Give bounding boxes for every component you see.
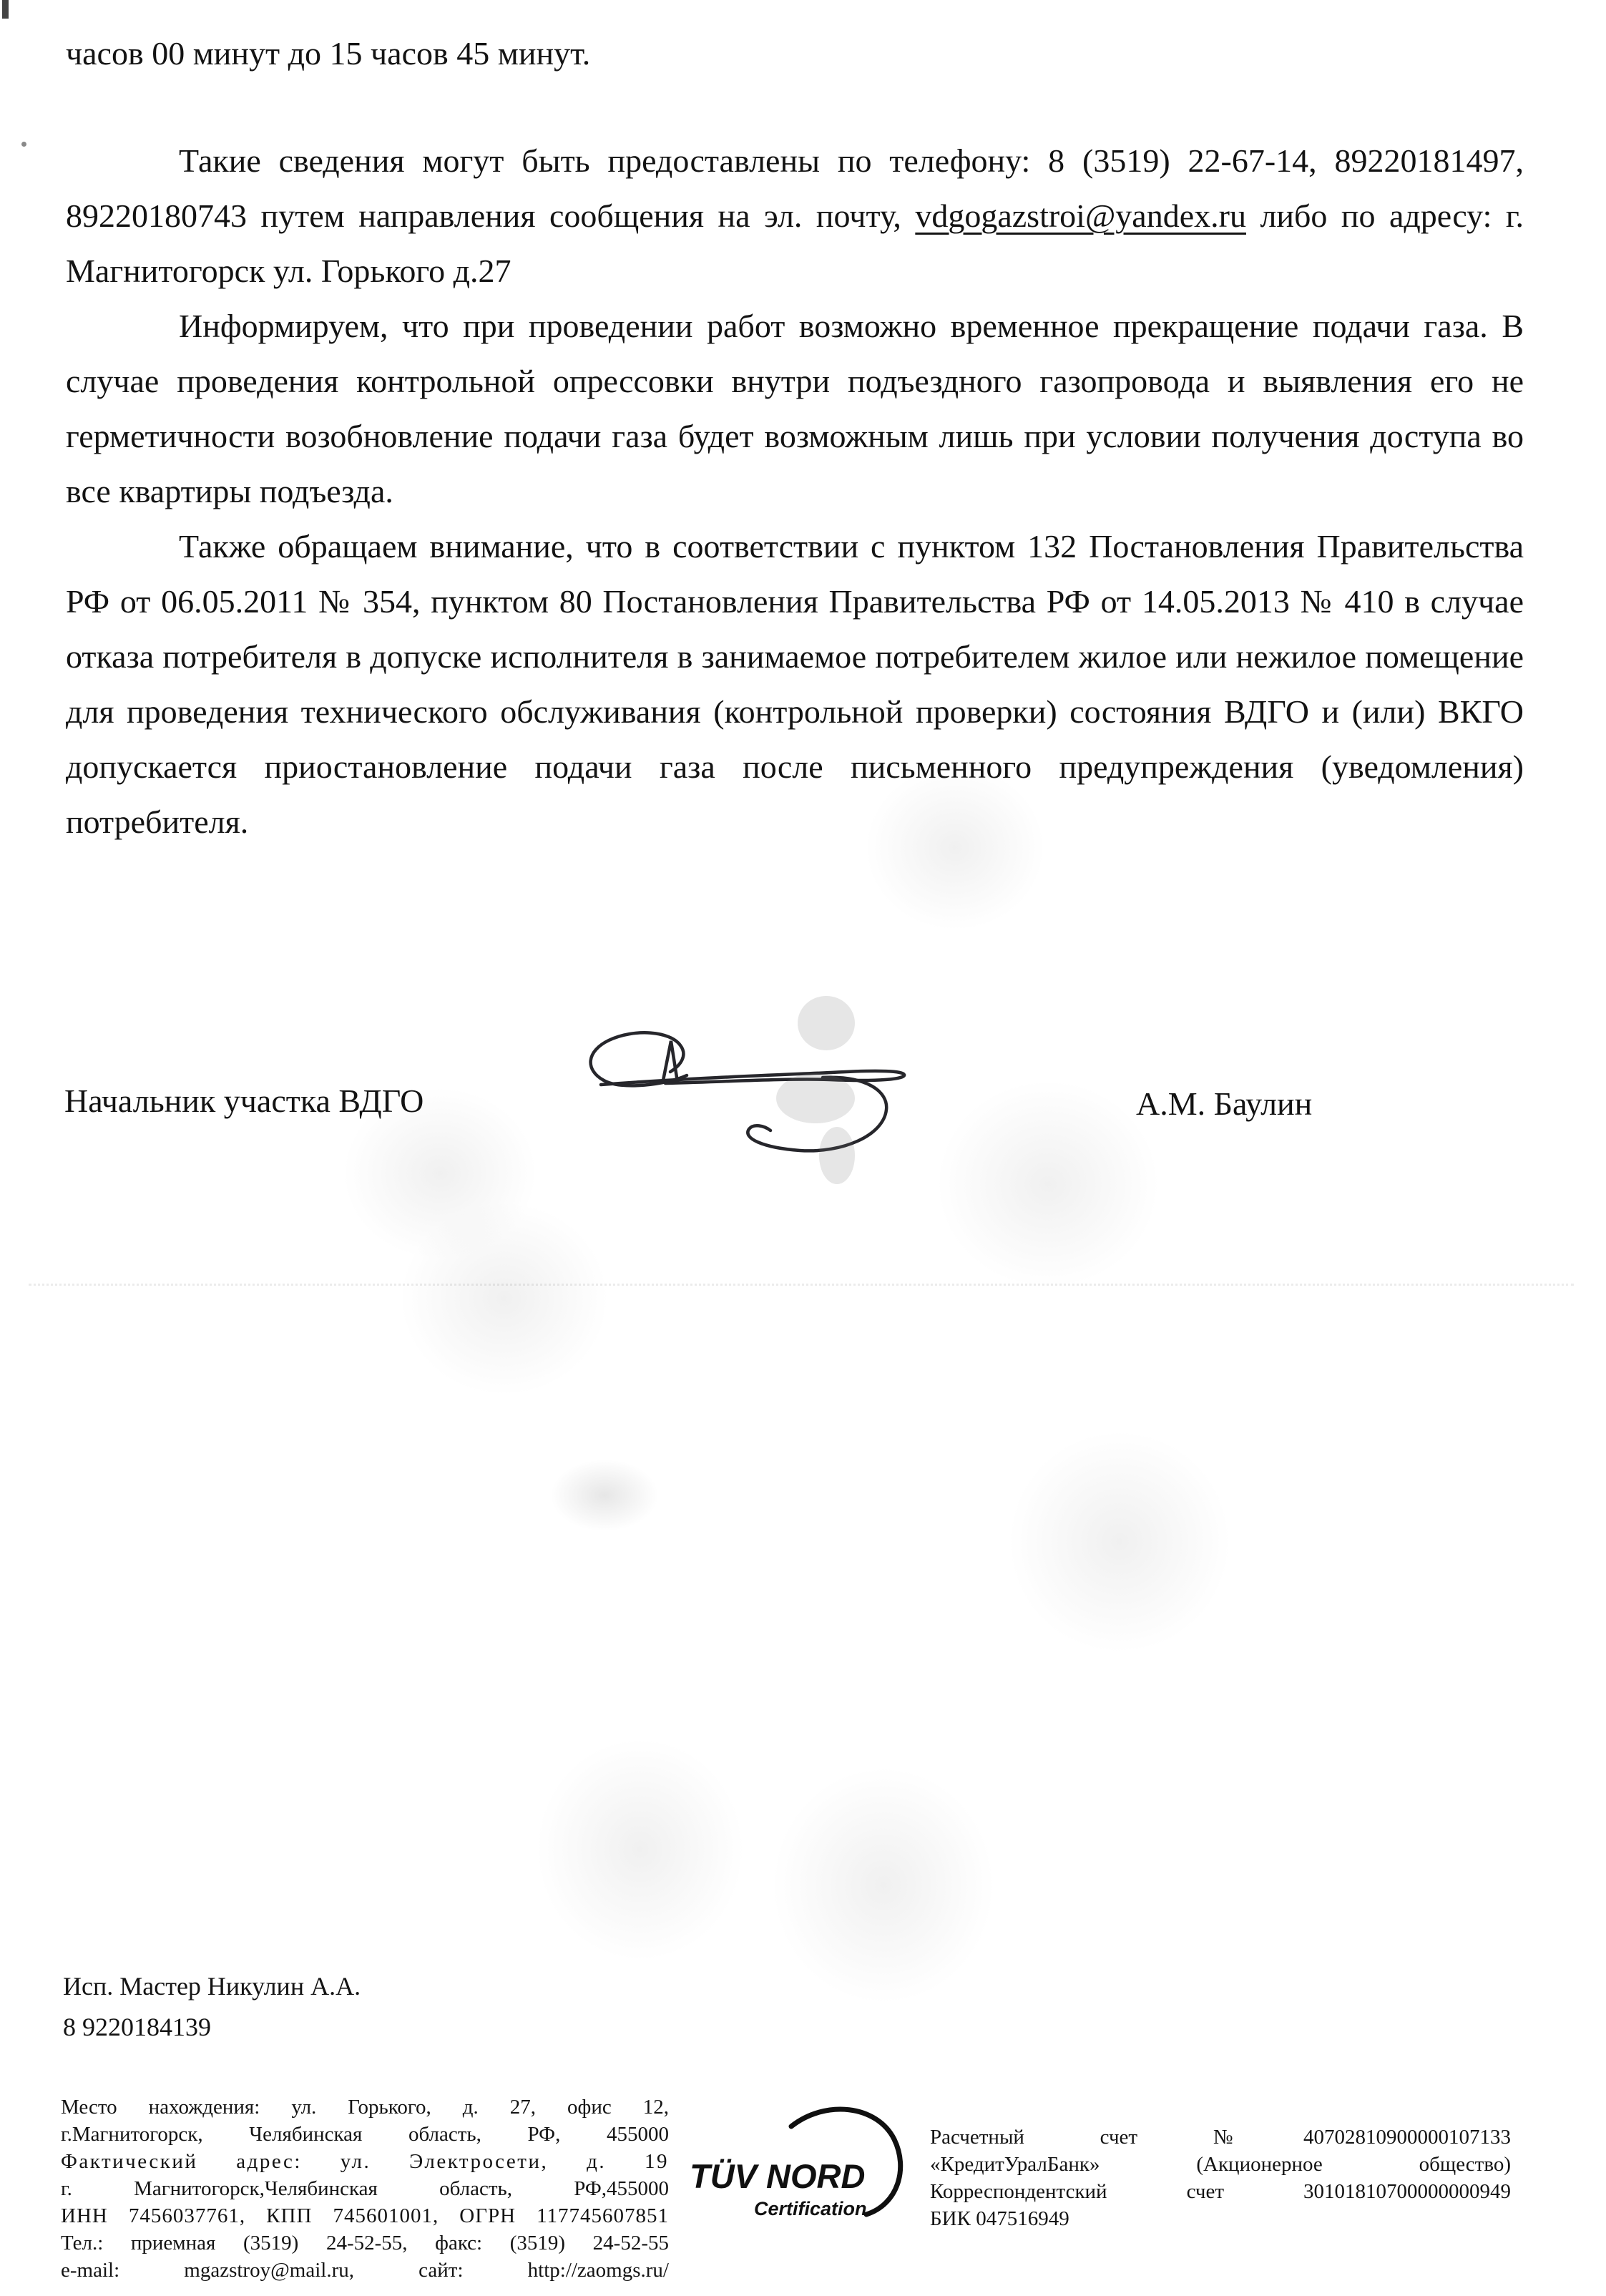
footer-legal-address-2: г.Магнитогорск, Челябинская область, РФ,… (61, 2121, 669, 2148)
footer-correspondent-account: Корреспондентский счет 30101810700000000… (930, 2178, 1511, 2205)
scan-smudge (537, 1739, 744, 1960)
tuv-nord-logo: TÜV NORD Certification (685, 2098, 911, 2266)
footer-phone-fax: Тел.: приемная (3519) 24-52-55, факс: (3… (61, 2229, 669, 2257)
scan-smudge (551, 1460, 658, 1531)
handwritten-signature (579, 991, 1130, 1213)
executor-phone: 8 9220184139 (63, 2007, 361, 2048)
footer-bank-name: «КредитУралБанк» (Акционерное общество) (930, 2151, 1511, 2178)
footer-bank-details: Расчетный счет №40702810900000107133 «Кр… (930, 2124, 1511, 2232)
opening-line: часов 00 минут до 15 часов 45 минут. (66, 26, 1525, 81)
footer-company-details: Место нахождения: ул. Горького, д. 27, о… (61, 2094, 669, 2284)
signer-position-title: Начальник участка ВДГО (64, 1082, 423, 1120)
footer-bik: БИК 047516949 (930, 2205, 1511, 2232)
paragraph-regulations: Также обращаем внимание, что в соответст… (66, 519, 1524, 849)
executor-block: Исп. Мастер Никулин А.А. 8 9220184139 (63, 1966, 361, 2048)
scan-artifact-corner (2, 0, 9, 19)
email-link[interactable]: vdgogazstroi@yandex.ru (915, 197, 1246, 234)
footer-settlement-account: Расчетный счет №40702810900000107133 (930, 2124, 1511, 2151)
footer-actual-address-1: Фактический адрес: ул. Электросети, д. 1… (61, 2148, 669, 2175)
letter-body: Такие сведения могут быть предоставлены … (66, 133, 1524, 849)
executor-name: Исп. Мастер Никулин А.А. (63, 1966, 361, 2007)
scan-artifact-dot (21, 142, 26, 147)
scan-smudge (773, 1767, 994, 2003)
tuv-nord-wordmark: TÜV NORD (690, 2156, 865, 2196)
scan-artifact-speckles (29, 1284, 1574, 1286)
scan-smudge (1009, 1431, 1230, 1653)
footer-actual-address-2: г. Магнитогорск,Челябинская область, РФ,… (61, 2175, 669, 2202)
scanned-letter-page: часов 00 минут до 15 часов 45 минут. Так… (0, 0, 1606, 2296)
paragraph-contact: Такие сведения могут быть предоставлены … (66, 133, 1524, 298)
footer-email-site[interactable]: e-mail: mgazstroy@mail.ru, сайт: http://… (61, 2257, 669, 2284)
scan-smudge (401, 1202, 608, 1395)
signer-name: А.М. Баулин (1136, 1085, 1312, 1123)
footer-legal-address-1: Место нахождения: ул. Горького, д. 27, о… (61, 2094, 669, 2121)
footer-inn-kpp-ogrn: ИНН 7456037761, КПП 745601001, ОГРН 1177… (61, 2202, 669, 2229)
tuv-nord-certification-label: Certification (754, 2198, 867, 2220)
paragraph-gas-supply-info: Информируем, что при проведении работ во… (66, 298, 1524, 519)
